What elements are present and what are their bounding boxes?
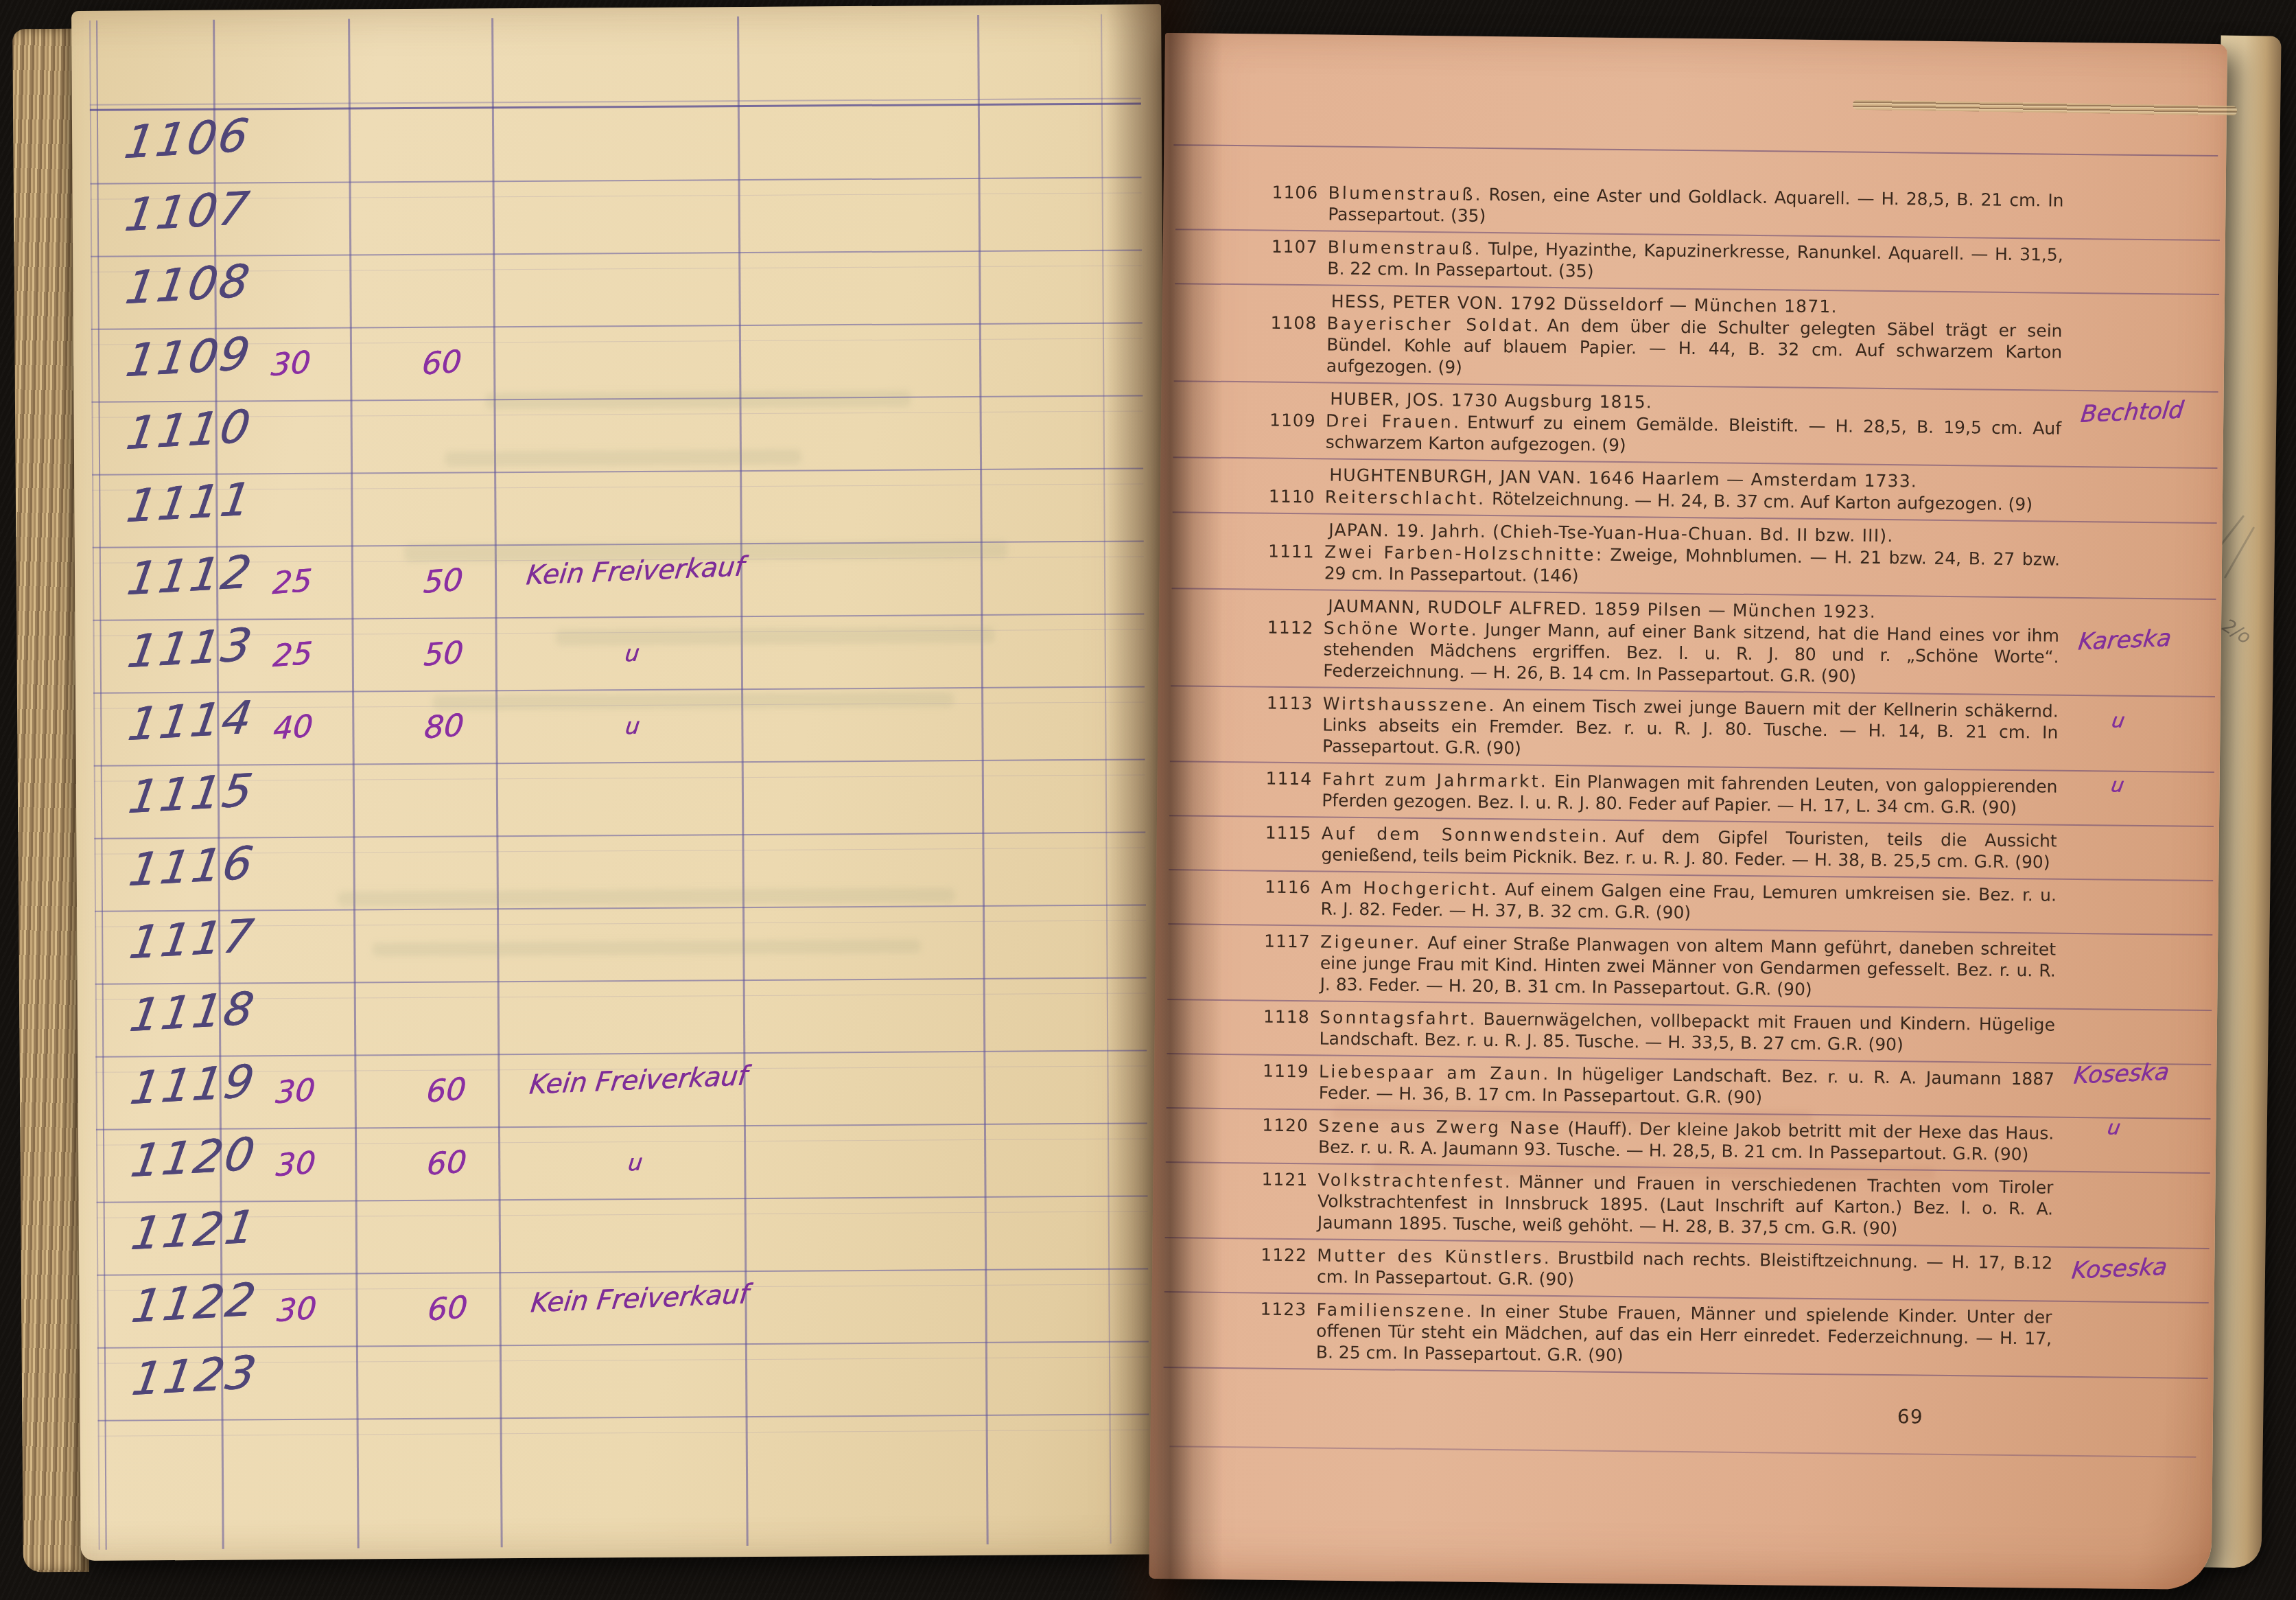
entry-title: Blumenstrauß. — [1328, 183, 1482, 205]
entry-number: 1120 — [1262, 1115, 1318, 1137]
entry-title: Wirtshausszene. — [1323, 693, 1497, 715]
entry-text-block: 1107Blumenstrauß.Tulpe, Hyazinthe, Kapuz… — [1327, 236, 2063, 286]
catalog-entry: 1123Familienszene.In einer Stube Frauen,… — [1164, 1292, 2209, 1379]
entry-title: Volkstrachtenfest. — [1317, 1170, 1512, 1192]
limit-price-handwritten: 30 — [276, 1290, 318, 1329]
margin-annotation-handwritten: Koseska — [2070, 1253, 2168, 1285]
catalog-entry: 1121Volkstrachtenfest.Männer und Frauen … — [1165, 1163, 2210, 1249]
margin-annotation-handwritten: u — [2109, 774, 2126, 797]
entry-number: 1109 — [1269, 410, 1326, 432]
book-spread-scan: 2/o 1106 1107 1108 1109 — [0, 0, 2296, 1600]
entry-title: Auf dem Sonnwendstein. — [1322, 823, 1609, 846]
lot-number-handwritten: 1109 — [122, 327, 255, 387]
entry-title: Mutter des Künstlers. — [1317, 1245, 1551, 1268]
entry-title: Sonntagsfahrt. — [1320, 1007, 1477, 1028]
ledger-row: 1118 — [95, 977, 1147, 1057]
entry-text-block: 1112Schöne Worte.Junger Mann, auf einer … — [1323, 617, 2059, 688]
entry-text-block: 1118Sonntagsfahrt.Bauernwägelchen, vollb… — [1320, 1006, 2056, 1056]
entry-title: Blumenstrauß. — [1328, 237, 1482, 258]
lot-number-handwritten: 1108 — [122, 255, 255, 314]
entry-text-block: 1113Wirtshausszene.An einem Tisch zwei j… — [1322, 693, 2059, 764]
catalog-entry: HUBER, JOS. 1730 Augsburg 1815. 1109Drei… — [1173, 382, 2218, 469]
entry-text-block: 1109Drei Frauen.Entwurf zu einem Gemälde… — [1326, 410, 2062, 460]
entry-description: Auf einer Straße Planwagen von altem Man… — [1320, 933, 2056, 999]
entry-number: 1117 — [1264, 931, 1320, 953]
entry-title: Szene aus Zwerg Nase — [1318, 1115, 1562, 1138]
entry-title: Zwei Farben-Holzschnitte: — [1324, 542, 1604, 564]
catalog-entry: HESS, PETER VON. 1792 Düsseldorf — Münch… — [1174, 284, 2219, 393]
margin-annotation-handwritten: Bechtold — [2079, 397, 2185, 428]
ledger-row: 1119 30 60 Kein Freiverkauf — [95, 1050, 1147, 1130]
lot-number-handwritten: 1118 — [126, 982, 259, 1042]
entry-text-block: 1108Bayerischer Soldat.An dem über die S… — [1326, 312, 2063, 384]
limit-price-handwritten: 30 — [274, 1144, 316, 1183]
entry-title: Am Hochgericht. — [1321, 877, 1499, 899]
limit-price-handwritten: 30 — [274, 1071, 316, 1111]
entry-number: 1119 — [1263, 1060, 1319, 1082]
margin-annotation-handwritten: u — [2106, 1115, 2122, 1139]
entry-text-block: 1114Fahrt zum Jahrmarkt.Ein Planwagen mi… — [1322, 768, 2058, 818]
ledger-row: 1113 25 50 u — [93, 613, 1145, 693]
entry-number: 1112 — [1267, 617, 1324, 639]
entry-number: 1114 — [1265, 768, 1322, 790]
entry-number: 1122 — [1261, 1244, 1317, 1266]
lot-number-handwritten: 1115 — [125, 764, 258, 824]
entry-number: 1108 — [1270, 312, 1326, 334]
entry-text-block: 1122Mutter des Künstlers.Brustbild nach … — [1317, 1244, 2053, 1295]
entry-text-block: 1121Volkstrachtenfest.Männer und Frauen … — [1317, 1169, 2054, 1240]
entry-text-block: 1115Auf dem Sonnwendstein.Auf dem Gipfel… — [1321, 822, 2057, 872]
ledger-row: 1122 30 60 Kein Freiverkauf — [97, 1268, 1149, 1348]
ledger-row: 1107 — [91, 176, 1143, 257]
entry-number: 1115 — [1265, 822, 1322, 844]
ledger-row: 1123 — [97, 1341, 1149, 1421]
entry-title: Schöne Worte. — [1324, 618, 1479, 639]
lot-number-handwritten: 1106 — [121, 109, 254, 169]
lot-number-handwritten: 1112 — [124, 546, 257, 605]
ledger-row: 1112 25 50 Kein Freiverkauf — [93, 540, 1145, 621]
entry-text-block: 1117Zigeuner.Auf einer Straße Planwagen … — [1320, 931, 2056, 1002]
entry-text-block: 1116Am Hochgericht.Auf einem Galgen eine… — [1320, 877, 2057, 927]
catalog-entry: 1117Zigeuner.Auf einer Straße Planwagen … — [1167, 925, 2212, 1011]
limit-price-handwritten: 25 — [272, 635, 314, 674]
catalog-entry: JAPAN. 19. Jahrh. (Chieh-Tse-Yuan-Hua-Ch… — [1172, 513, 2217, 600]
ledger-page: 1106 1107 1108 1109 30 60 1110 1111 1112… — [71, 4, 1171, 1561]
margin-annotation-handwritten: Koseska — [2072, 1058, 2170, 1090]
entry-number: 1106 — [1272, 182, 1328, 204]
estimate-price-handwritten: 60 — [425, 1144, 467, 1183]
lot-number-handwritten: 1113 — [124, 618, 257, 678]
catalog-entry: JAUMANN, RUDOLF ALFRED. 1859 Pilsen — Mü… — [1171, 589, 2216, 697]
entry-description: Rötelzeichnung. — H. 24, B. 37 cm. Auf K… — [1492, 489, 2033, 514]
ledger-row: 1120 30 60 u — [96, 1122, 1148, 1203]
ledger-note-handwritten: u — [623, 639, 640, 666]
lot-number-handwritten: 1117 — [126, 909, 259, 969]
entry-number: 1121 — [1261, 1169, 1317, 1191]
catalog-entry: 1113Wirtshausszene.An einem Tisch zwei j… — [1170, 686, 2215, 773]
lot-number-handwritten: 1116 — [126, 837, 259, 896]
page-number: 69 — [1897, 1405, 1923, 1428]
margin-annotation-handwritten: Kareska — [2077, 625, 2173, 656]
estimate-price-handwritten: 60 — [425, 1071, 467, 1110]
ledger-note-handwritten: Kein Freiverkauf — [528, 1060, 749, 1100]
lot-number-handwritten: 1119 — [127, 1055, 260, 1115]
ledger-row: 1111 — [92, 467, 1144, 548]
limit-price-handwritten: 40 — [272, 708, 314, 747]
estimate-price-handwritten: 50 — [423, 634, 465, 673]
section-rule — [1173, 144, 2218, 156]
entry-text-block: 1119Liebespaar am Zaun.In hügeliger Land… — [1319, 1060, 2055, 1111]
entry-title: Bayerischer Soldat. — [1326, 313, 1541, 335]
entry-number: 1116 — [1265, 877, 1321, 898]
catalog-page: 1106Blumenstrauß.Rosen, eine Aster und G… — [1149, 33, 2227, 1590]
page-bottom-rule — [1169, 1446, 2196, 1458]
ledger-row: 1121 — [97, 1195, 1149, 1275]
entry-text-block: 1123Familienszene.In einer Stube Frauen,… — [1316, 1299, 2052, 1370]
entry-title: Zigeuner. — [1320, 931, 1421, 953]
ledger-row: 1106 — [90, 104, 1142, 184]
ledger-note-handwritten: Kein Freiverkauf — [529, 1279, 750, 1319]
lot-number-handwritten: 1120 — [127, 1128, 260, 1187]
ledger-rows: 1106 1107 1108 1109 30 60 1110 1111 1112… — [71, 4, 1161, 11]
entry-number: 1110 — [1269, 486, 1325, 508]
entry-text-block: 1120Szene aus Zwerg Nase(Hauff). Der kle… — [1318, 1115, 2054, 1165]
limit-price-handwritten: 30 — [270, 344, 312, 383]
entry-title: Reiterschlacht. — [1325, 487, 1486, 508]
entry-number: 1107 — [1272, 236, 1328, 258]
ledger-row: 1115 — [94, 758, 1146, 839]
estimate-price-handwritten: 60 — [421, 343, 462, 382]
ledger-row: 1108 — [91, 249, 1143, 329]
entry-title: Fahrt zum Jahrmarkt. — [1322, 769, 1548, 791]
lot-number-handwritten: 1107 — [121, 182, 255, 242]
entry-number: 1111 — [1268, 541, 1324, 563]
entry-number: 1118 — [1263, 1006, 1320, 1028]
ledger-row: 1117 — [95, 904, 1147, 984]
ledger-row: 1109 30 60 — [91, 322, 1143, 402]
lot-number-handwritten: 1111 — [124, 473, 257, 533]
lot-number-handwritten: 1121 — [128, 1201, 261, 1260]
ledger-note-handwritten: Kein Freiverkauf — [524, 551, 745, 591]
lot-number-handwritten: 1123 — [128, 1346, 261, 1406]
ledger-note-handwritten: u — [626, 1148, 644, 1176]
estimate-price-handwritten: 80 — [423, 707, 465, 746]
entry-title: Liebespaar am Zaun. — [1319, 1061, 1551, 1084]
entry-text-block: 1106Blumenstrauß.Rosen, eine Aster und G… — [1328, 183, 2064, 233]
lot-number-handwritten: 1122 — [128, 1273, 261, 1333]
entry-text-block: 1111Zwei Farben-Holzschnitte:Zweige, Moh… — [1324, 541, 2061, 591]
entry-number: 1123 — [1260, 1299, 1316, 1321]
entry-title: Familienszene. — [1316, 1299, 1474, 1321]
lot-number-handwritten: 1114 — [125, 691, 258, 751]
margin-annotation-handwritten: u — [2110, 709, 2127, 732]
lot-number-handwritten: 1110 — [123, 400, 256, 460]
entry-number: 1113 — [1267, 693, 1323, 715]
estimate-price-handwritten: 60 — [427, 1289, 469, 1328]
limit-price-handwritten: 25 — [271, 562, 313, 601]
ledger-row: 1110 — [91, 395, 1143, 475]
ledger-row: 1114 40 80 u — [93, 686, 1145, 766]
ledger-row: 1116 — [94, 831, 1146, 912]
estimate-price-handwritten: 50 — [422, 561, 464, 601]
catalog-entries: 1106Blumenstrauß.Rosen, eine Aster und G… — [1164, 176, 2221, 1379]
entry-title: Drei Frauen. — [1326, 410, 1461, 432]
ledger-note-handwritten: u — [624, 712, 641, 739]
